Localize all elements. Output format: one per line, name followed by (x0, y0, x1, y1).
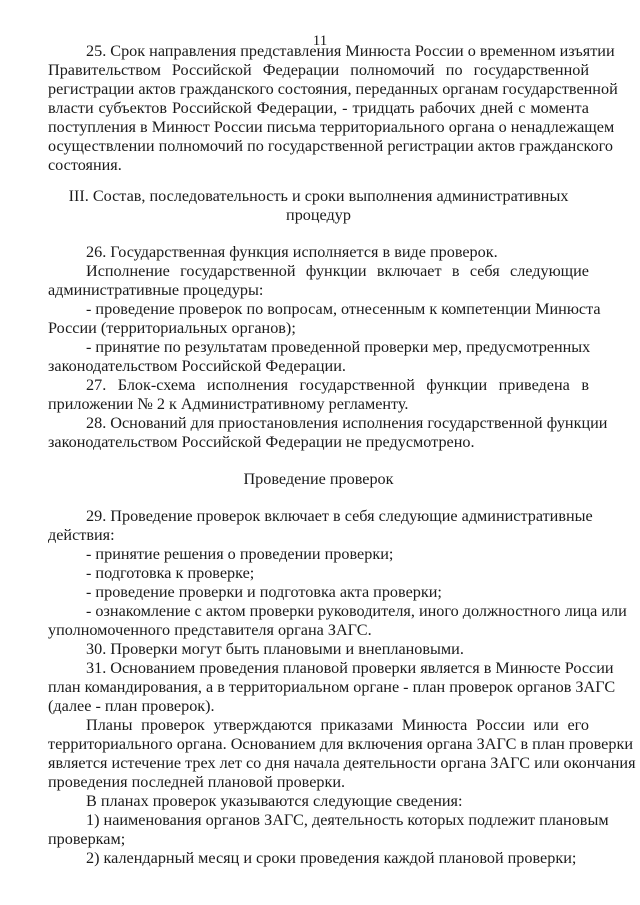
text-line: 29. Проведение проверок включает в себя … (86, 507, 589, 525)
text-line: административные процедуры: (48, 281, 589, 299)
text-line: 26. Государственная функция исполняется … (86, 243, 589, 261)
text-line: - проведение проверки и подготовка акта … (86, 583, 589, 601)
text-line: 27. Блок-схема исполнения государственно… (86, 376, 589, 394)
text-line: 28. Оснований для приостановления исполн… (86, 414, 589, 432)
text-line: 2) календарный месяц и сроки проведения … (86, 849, 589, 867)
text-line: Исполнение государственной функции включ… (86, 262, 589, 280)
text-line: - принятие по результатам проведенной пр… (86, 338, 589, 356)
text-line: проведения последней плановой проверки. (48, 773, 589, 791)
text-line: поступления в Минюст России письма терри… (48, 118, 589, 136)
text-line: - принятие решения о проведении проверки… (86, 545, 589, 563)
text-line: приложении № 2 к Административному регла… (48, 395, 589, 413)
text-line: 30. Проверки могут быть плановыми и внеп… (86, 640, 589, 658)
section-heading: процедур (48, 206, 589, 224)
text-line: территориального органа. Основанием для … (48, 735, 589, 753)
text-line: регистрации актов гражданского состояния… (48, 80, 589, 98)
text-line: В планах проверок указываются следующие … (86, 792, 589, 810)
text-line: - подготовка к проверке; (86, 564, 589, 582)
text-line: законодательством Российской Федерации н… (48, 433, 589, 451)
text-line: законодательством Российской Федерации. (48, 357, 589, 375)
text-line: действия: (48, 526, 589, 544)
text-line: уполномоченного представителя органа ЗАГ… (48, 621, 589, 639)
text-line: 1) наименования органов ЗАГС, деятельнос… (86, 811, 589, 829)
text-line: состояния. (48, 156, 589, 174)
text-line: проверкам; (48, 830, 589, 848)
text-line: - ознакомление с актом проверки руководи… (86, 602, 589, 620)
text-line: власти субъектов Российской Федерации, -… (48, 99, 589, 117)
text-line: (далее - план проверок). (48, 697, 589, 715)
section-heading: Проведение проверок (48, 470, 589, 488)
section-heading: III. Состав, последовательность и сроки … (48, 187, 589, 205)
text-line: 31. Основанием проведения плановой прове… (86, 659, 589, 677)
text-line: - проведение проверок по вопросам, отнес… (86, 300, 589, 318)
text-line: Правительством Российской Федерации полн… (48, 61, 589, 79)
text-line: 25. Срок направления представления Минюс… (86, 42, 589, 60)
text-line: является истечение трех лет со дня начал… (48, 754, 589, 772)
text-line: осуществлении полномочий по государствен… (48, 137, 589, 155)
text-line: Планы проверок утверждаются приказами Ми… (86, 716, 589, 734)
text-line: план командирования, а в территориальном… (48, 678, 589, 696)
text-line: России (территориальных органов); (48, 319, 589, 337)
